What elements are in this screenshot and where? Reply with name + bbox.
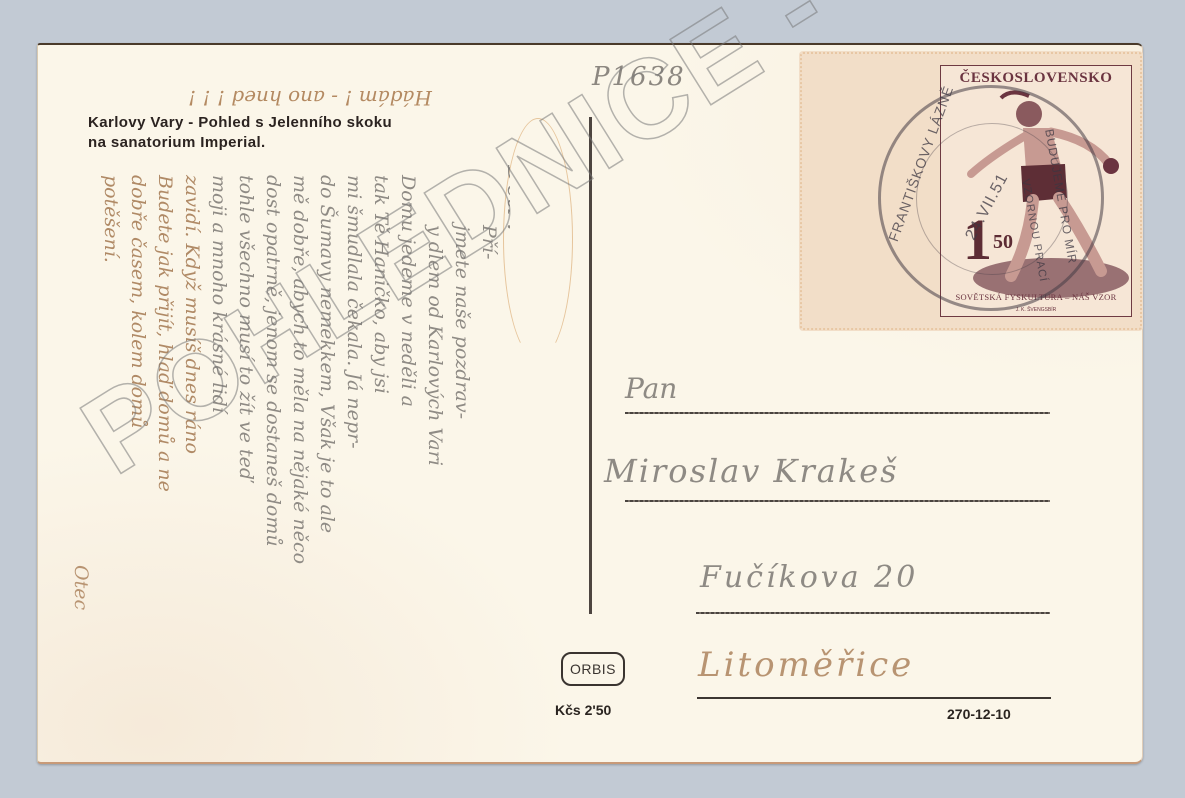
faded-oval-mark xyxy=(503,118,573,360)
letter-line: zavidí. Když musíš dnes ráno xyxy=(181,175,203,454)
letter-line: tak Tě Haničko, aby jsi xyxy=(370,175,392,394)
letter-line: mi šmudlala čekala. Já nepr- xyxy=(343,175,365,449)
address-line-4 xyxy=(697,697,1051,699)
address-city: Litoměřice xyxy=(698,645,914,685)
address-street: Fučíkova 20 xyxy=(700,560,918,595)
letter-line: mě dobře, abych to měla na nějaké něco xyxy=(289,175,311,564)
letter-line: moji a mnoho krásné lidí xyxy=(208,175,230,413)
publisher-logo: ORBIS xyxy=(561,652,625,686)
address-line-3 xyxy=(696,612,1050,614)
address-title: Pan xyxy=(625,372,677,405)
letter-line: jmete naše pozdrav- xyxy=(451,225,473,419)
letter-line: y dlem od Karlových Vari xyxy=(424,225,446,466)
handwritten-message: Děti ! Pří-jmete naše pozdrav-y dlem od … xyxy=(70,165,510,745)
address-line-1 xyxy=(625,412,1050,414)
caption-line-1: Karlovy Vary - Pohled s Jelenního skoku xyxy=(88,113,392,133)
signature: Otec xyxy=(70,565,92,610)
upside-down-handwritten-note: Hádám ! - ano hned ! ! ! xyxy=(120,80,500,110)
address-name: Miroslav Krakeš xyxy=(604,452,899,490)
caption-line-2: na sanatorium Imperial. xyxy=(88,133,392,153)
center-divider xyxy=(589,117,592,614)
letter-line: dobře časem, kolem domů xyxy=(127,175,149,428)
greeting: Děti ! xyxy=(502,165,510,233)
letter-line: Budete jak přijít, hlaď domů a ne xyxy=(154,175,176,492)
letter-line: dost opatrně, jenom se dostaneš domů xyxy=(262,175,284,547)
printed-caption: Karlovy Vary - Pohled s Jelenního skoku … xyxy=(88,113,392,153)
catalog-code: 270-12-10 xyxy=(947,706,1011,722)
letter-line: tohle všechno musí to žít ve teď xyxy=(235,175,257,480)
postmark-cancellation: FRANTIŠKOVY LÁZNĚ 24.VII.51 BUDUJEME PRO… xyxy=(878,85,1104,311)
address-line-2 xyxy=(625,500,1050,502)
letter-line: Domu jedeme v neděli a xyxy=(397,175,419,407)
reference-note: P1638 xyxy=(592,62,686,92)
letter-line: do Šumavy nemekkem, Však je to ale xyxy=(316,175,338,533)
price-label: Kčs 2'50 xyxy=(555,702,611,718)
letter-line: potěšení. xyxy=(100,175,122,263)
letter-line: Pří- xyxy=(478,225,500,259)
